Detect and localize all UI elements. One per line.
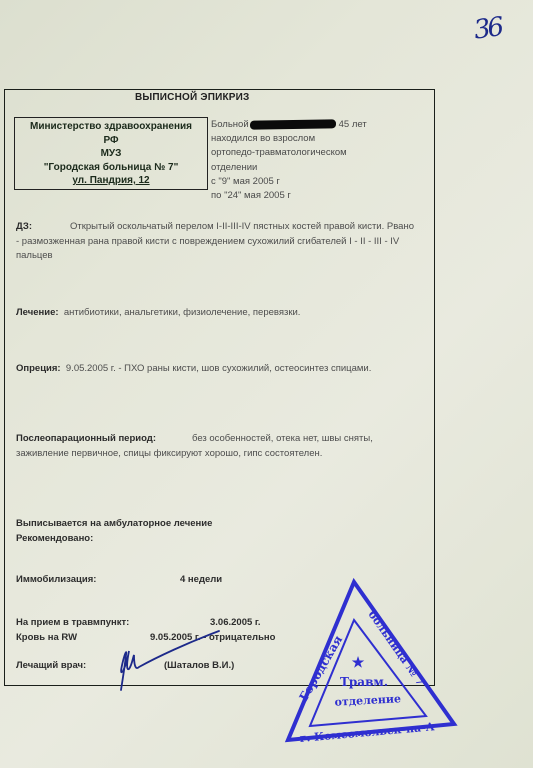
- discharge-line: Выписывается на амбулаторное лечение: [16, 517, 416, 532]
- admission-date: с "9" мая 2005 г: [211, 175, 367, 189]
- star-icon: ★: [352, 655, 365, 671]
- patient-line-3: ортопедо-травматологическом: [211, 146, 367, 160]
- patient-age: 45 лет: [339, 119, 367, 130]
- hospital-stamp: Городская больница № 7 г. Комсомольск-на…: [282, 574, 462, 744]
- document-title: ВЫПИСНОЙ ЭПИКРИЗ: [135, 92, 250, 103]
- patient-info: Больной45 лет находился во взрослом орто…: [211, 118, 367, 203]
- treatment-section: Лечение: антибиотики, анальгетики, физио…: [16, 306, 416, 321]
- operation-label: Опреция:: [16, 363, 61, 374]
- patient-line-4: отделении: [211, 161, 367, 175]
- stamp-left-text: Городская: [296, 633, 345, 704]
- patient-name-line: Больной45 лет: [211, 118, 367, 132]
- institution-ministry: Министерство здравоохранения: [15, 120, 207, 134]
- doctor-signature: [107, 627, 227, 697]
- handwritten-page-number: 36: [472, 12, 503, 45]
- stamp-center-line1: Травм.: [340, 675, 388, 689]
- institution-box: Министерство здравоохранения РФ МУЗ "Гор…: [14, 117, 208, 190]
- diagnosis-label: ДЗ:: [16, 221, 32, 232]
- postop-section: Послеопарационный период:без особенносте…: [16, 432, 416, 461]
- diagnosis-text: Открытый оскольчатый перелом I-II-III-IV…: [16, 221, 414, 261]
- postop-label: Послеопарационный период:: [16, 433, 156, 444]
- diagnosis-section: ДЗ:Открытый оскольчатый перелом I-II-III…: [16, 220, 416, 264]
- immobilization-value: 4 недели: [180, 574, 222, 585]
- stamp-center-line2: отделение: [334, 692, 401, 708]
- stamp-bottom-text: г. Комсомольск-на-А: [299, 720, 435, 744]
- redacted-name: [250, 119, 336, 129]
- immobilization-label: Иммобилизация:: [16, 573, 180, 588]
- operation-section: Опреция: 9.05.2005 г. - ПХО раны кисти, …: [16, 362, 416, 377]
- operation-text: 9.05.2005 г. - ПХО раны кисти, шов сухож…: [66, 363, 371, 374]
- patient-line-2: находился во взрослом: [211, 132, 367, 146]
- institution-country: РФ: [15, 134, 207, 148]
- treatment-label: Лечение:: [16, 307, 59, 318]
- patient-prefix: Больной: [211, 119, 249, 130]
- institution-address: ул. Пандрия, 12: [15, 174, 207, 188]
- treatment-text: антибиотики, анальгетики, физиолечение, …: [64, 307, 301, 318]
- postop-text-first: без особенностей, отека нет,: [192, 433, 319, 444]
- institution-type: МУЗ: [15, 147, 207, 161]
- discharge-section: Выписывается на амбулаторное лечение Рек…: [16, 517, 416, 546]
- institution-name: "Городская больница № 7": [15, 161, 207, 175]
- recommended-label: Рекомендовано:: [16, 532, 416, 547]
- discharge-date: по "24" мая 2005 г: [211, 189, 367, 203]
